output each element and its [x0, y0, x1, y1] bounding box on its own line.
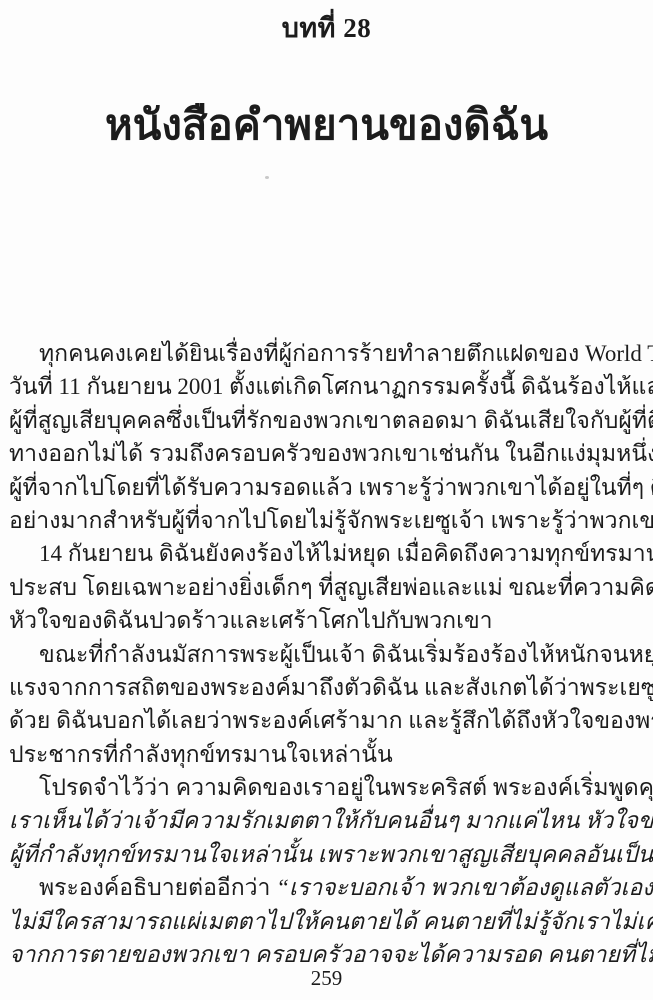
quoted-speech-segment: “เราจะบอกเจ้า พวกเขาต้องดูแลตัวเองเพื่อค…	[276, 875, 653, 900]
narration-segment: อย่างมากสำหรับผู้ที่จากไปโดยไม่รู้จักพระ…	[9, 508, 653, 533]
quoted-speech-segment: ไม่มีใครสามารถแผ่เมตตาไปให้คนตายได้ คนตา…	[9, 909, 653, 934]
text-line-p3-l4: ประชากรที่กำลังทุกข์ทรมานใจเหล่านั้น	[9, 738, 649, 771]
narration-segment: ประสบ โดยเฉพาะอย่างยิ่งเด็กๆ ที่สูญเสียพ…	[9, 575, 653, 600]
text-line-p1-l3: ผู้ที่สูญเสียบุคคลซึ่งเป็นที่รักของพวกเข…	[9, 404, 649, 437]
narration-segment: ทางออกไม่ได้ รวมถึงครอบครัวของพวกเขาเช่น…	[9, 441, 653, 466]
narration-segment: แรงจากการสถิตของพระองค์มาถึงตัวดิฉัน และ…	[9, 675, 653, 700]
text-line-p1-l2: วันที่ 11 กันยายน 2001 ตั้งแต่เกิดโศกนาฏ…	[9, 370, 649, 403]
narration-segment: วันที่ 11 กันยายน 2001 ตั้งแต่เกิดโศกนาฏ…	[9, 374, 653, 399]
text-line-p1-l4: ทางออกไม่ได้ รวมถึงครอบครัวของพวกเขาเช่น…	[9, 437, 649, 470]
quoted-speech-segment: ผู้ที่กำลังทุกข์ทรมานใจเหล่านั้น เพราะพว…	[9, 842, 653, 867]
text-line-p1-l6: อย่างมากสำหรับผู้ที่จากไปโดยไม่รู้จักพระ…	[9, 504, 649, 537]
text-line-p3-l3: ด้วย ดิฉันบอกได้เลยว่าพระองค์เศร้ามาก แล…	[9, 704, 649, 737]
text-line-p5-l2: ไม่มีใครสามารถแผ่เมตตาไปให้คนตายได้ คนตา…	[9, 905, 649, 938]
text-line-p2-l1: 14 กันยายน ดิฉันยังคงร้องไห้ไม่หยุด เมื่…	[9, 537, 649, 570]
text-line-p3-l2: แรงจากการสถิตของพระองค์มาถึงตัวดิฉัน และ…	[9, 671, 649, 704]
quoted-speech-segment: จากการตายของพวกเขา ครอบครัวอาจจะได้ความร…	[9, 942, 653, 967]
narration-segment: ประชากรที่กำลังทุกข์ทรมานใจเหล่านั้น	[9, 742, 393, 767]
quoted-speech-segment: เราเห็นได้ว่าเจ้ามีความรักเมตตาให้กับคนอ…	[9, 808, 653, 833]
text-line-p5-l1: พระองค์อธิบายต่ออีกว่า “เราจะบอกเจ้า พวก…	[9, 871, 649, 904]
text-line-p2-l3: หัวใจของดิฉันปวดร้าวและเศร้าโศกไปกับพวกเ…	[9, 604, 649, 637]
chapter-label: บทที่ 28	[0, 6, 653, 49]
narration-segment: ผู้ที่จากไปโดยที่ได้รับความรอดแล้ว เพราะ…	[9, 475, 653, 500]
narration-segment: พระองค์อธิบายต่ออีกว่า	[39, 875, 276, 900]
text-line-p2-l2: ประสบ โดยเฉพาะอย่างยิ่งเด็กๆ ที่สูญเสียพ…	[9, 571, 649, 604]
text-line-p1-l1: ทุกคนคงเคยได้ยินเรื่องที่ผู้ก่อการร้ายทำ…	[9, 337, 649, 370]
book-page: บทที่ 28 หนังสือคำพยานของดิฉัน ทุกคนคงเค…	[0, 0, 653, 1000]
scan-speck	[265, 176, 269, 179]
narration-segment: ทุกคนคงเคยได้ยินเรื่องที่ผู้ก่อการร้ายทำ…	[39, 341, 653, 366]
narration-segment: โปรดจำไว้ว่า ความคิดของเราอยู่ในพระคริสต…	[39, 775, 653, 800]
page-number: 259	[0, 966, 653, 991]
body-text: ทุกคนคงเคยได้ยินเรื่องที่ผู้ก่อการร้ายทำ…	[9, 337, 649, 971]
narration-segment: ขณะที่กำลังนมัสการพระผู้เป็นเจ้า ดิฉันเร…	[39, 642, 653, 667]
text-line-p4-l3: ผู้ที่กำลังทุกข์ทรมานใจเหล่านั้น เพราะพว…	[9, 838, 649, 871]
narration-segment: 14 กันยายน ดิฉันยังคงร้องไห้ไม่หยุด เมื่…	[39, 541, 653, 566]
text-line-p3-l1: ขณะที่กำลังนมัสการพระผู้เป็นเจ้า ดิฉันเร…	[9, 638, 649, 671]
page-title: หนังสือคำพยานของดิฉัน	[0, 92, 653, 158]
narration-segment: ด้วย ดิฉันบอกได้เลยว่าพระองค์เศร้ามาก แล…	[9, 708, 653, 733]
text-line-p4-l1: โปรดจำไว้ว่า ความคิดของเราอยู่ในพระคริสต…	[9, 771, 649, 804]
text-line-p1-l5: ผู้ที่จากไปโดยที่ได้รับความรอดแล้ว เพราะ…	[9, 471, 649, 504]
text-line-p4-l2: เราเห็นได้ว่าเจ้ามีความรักเมตตาให้กับคนอ…	[9, 804, 649, 837]
narration-segment: ผู้ที่สูญเสียบุคคลซึ่งเป็นที่รักของพวกเข…	[9, 408, 653, 433]
narration-segment: หัวใจของดิฉันปวดร้าวและเศร้าโศกไปกับพวกเ…	[9, 608, 493, 633]
